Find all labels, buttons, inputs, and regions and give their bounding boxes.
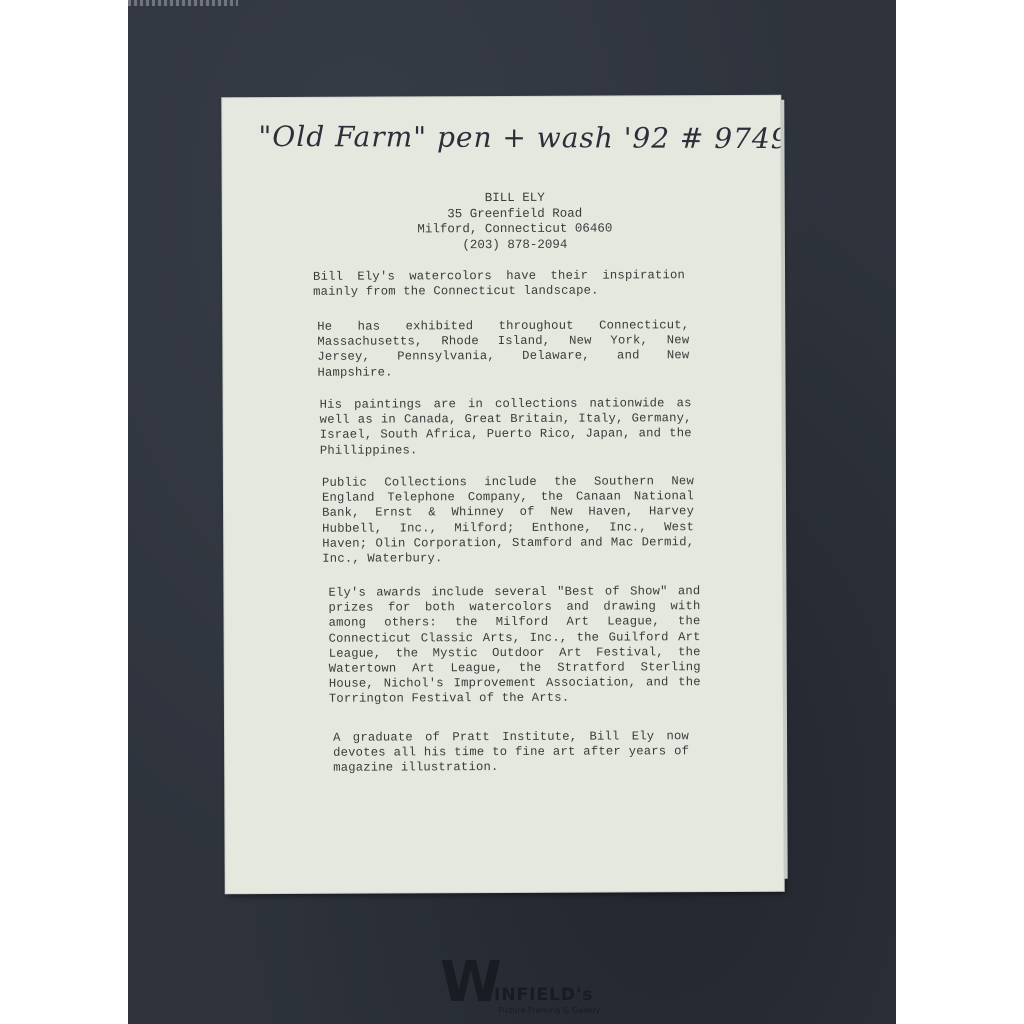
bio-paragraph-public-collections: Public Collections include the Southern … [322,474,694,567]
framer-subtitle: Picture Framing & Gallery [498,1006,600,1015]
bio-paragraph-exhibitions: He has exhibited throughout Connecticut,… [317,318,689,380]
artist-bio-sheet: "Old Farm" pen + wash '92 # 9749 BILL EL… [222,96,783,893]
hanging-wire [128,0,238,6]
bio-paragraph-education: A graduate of Pratt Institute, Bill Ely … [333,729,689,776]
framer-name: INFIELD's [494,985,593,1005]
handwritten-title-note: "Old Farm" pen + wash '92 # 9749 [258,120,758,155]
framer-logo-icon: W [440,950,502,1015]
framer-stamp: W INFIELD's Picture Framing & Gallery [440,950,660,1020]
bio-paragraph-collections: His paintings are in collections nationw… [320,396,692,458]
bio-paragraph-inspiration: Bill Ely's watercolors have their inspir… [313,268,685,300]
bio-paragraph-awards: Ely's awards include several "Best of Sh… [328,584,701,707]
artist-contact-header: BILL ELY 35 Greenfield Road Milford, Con… [223,190,781,254]
artist-phone: (203) 878-2094 [249,236,781,254]
